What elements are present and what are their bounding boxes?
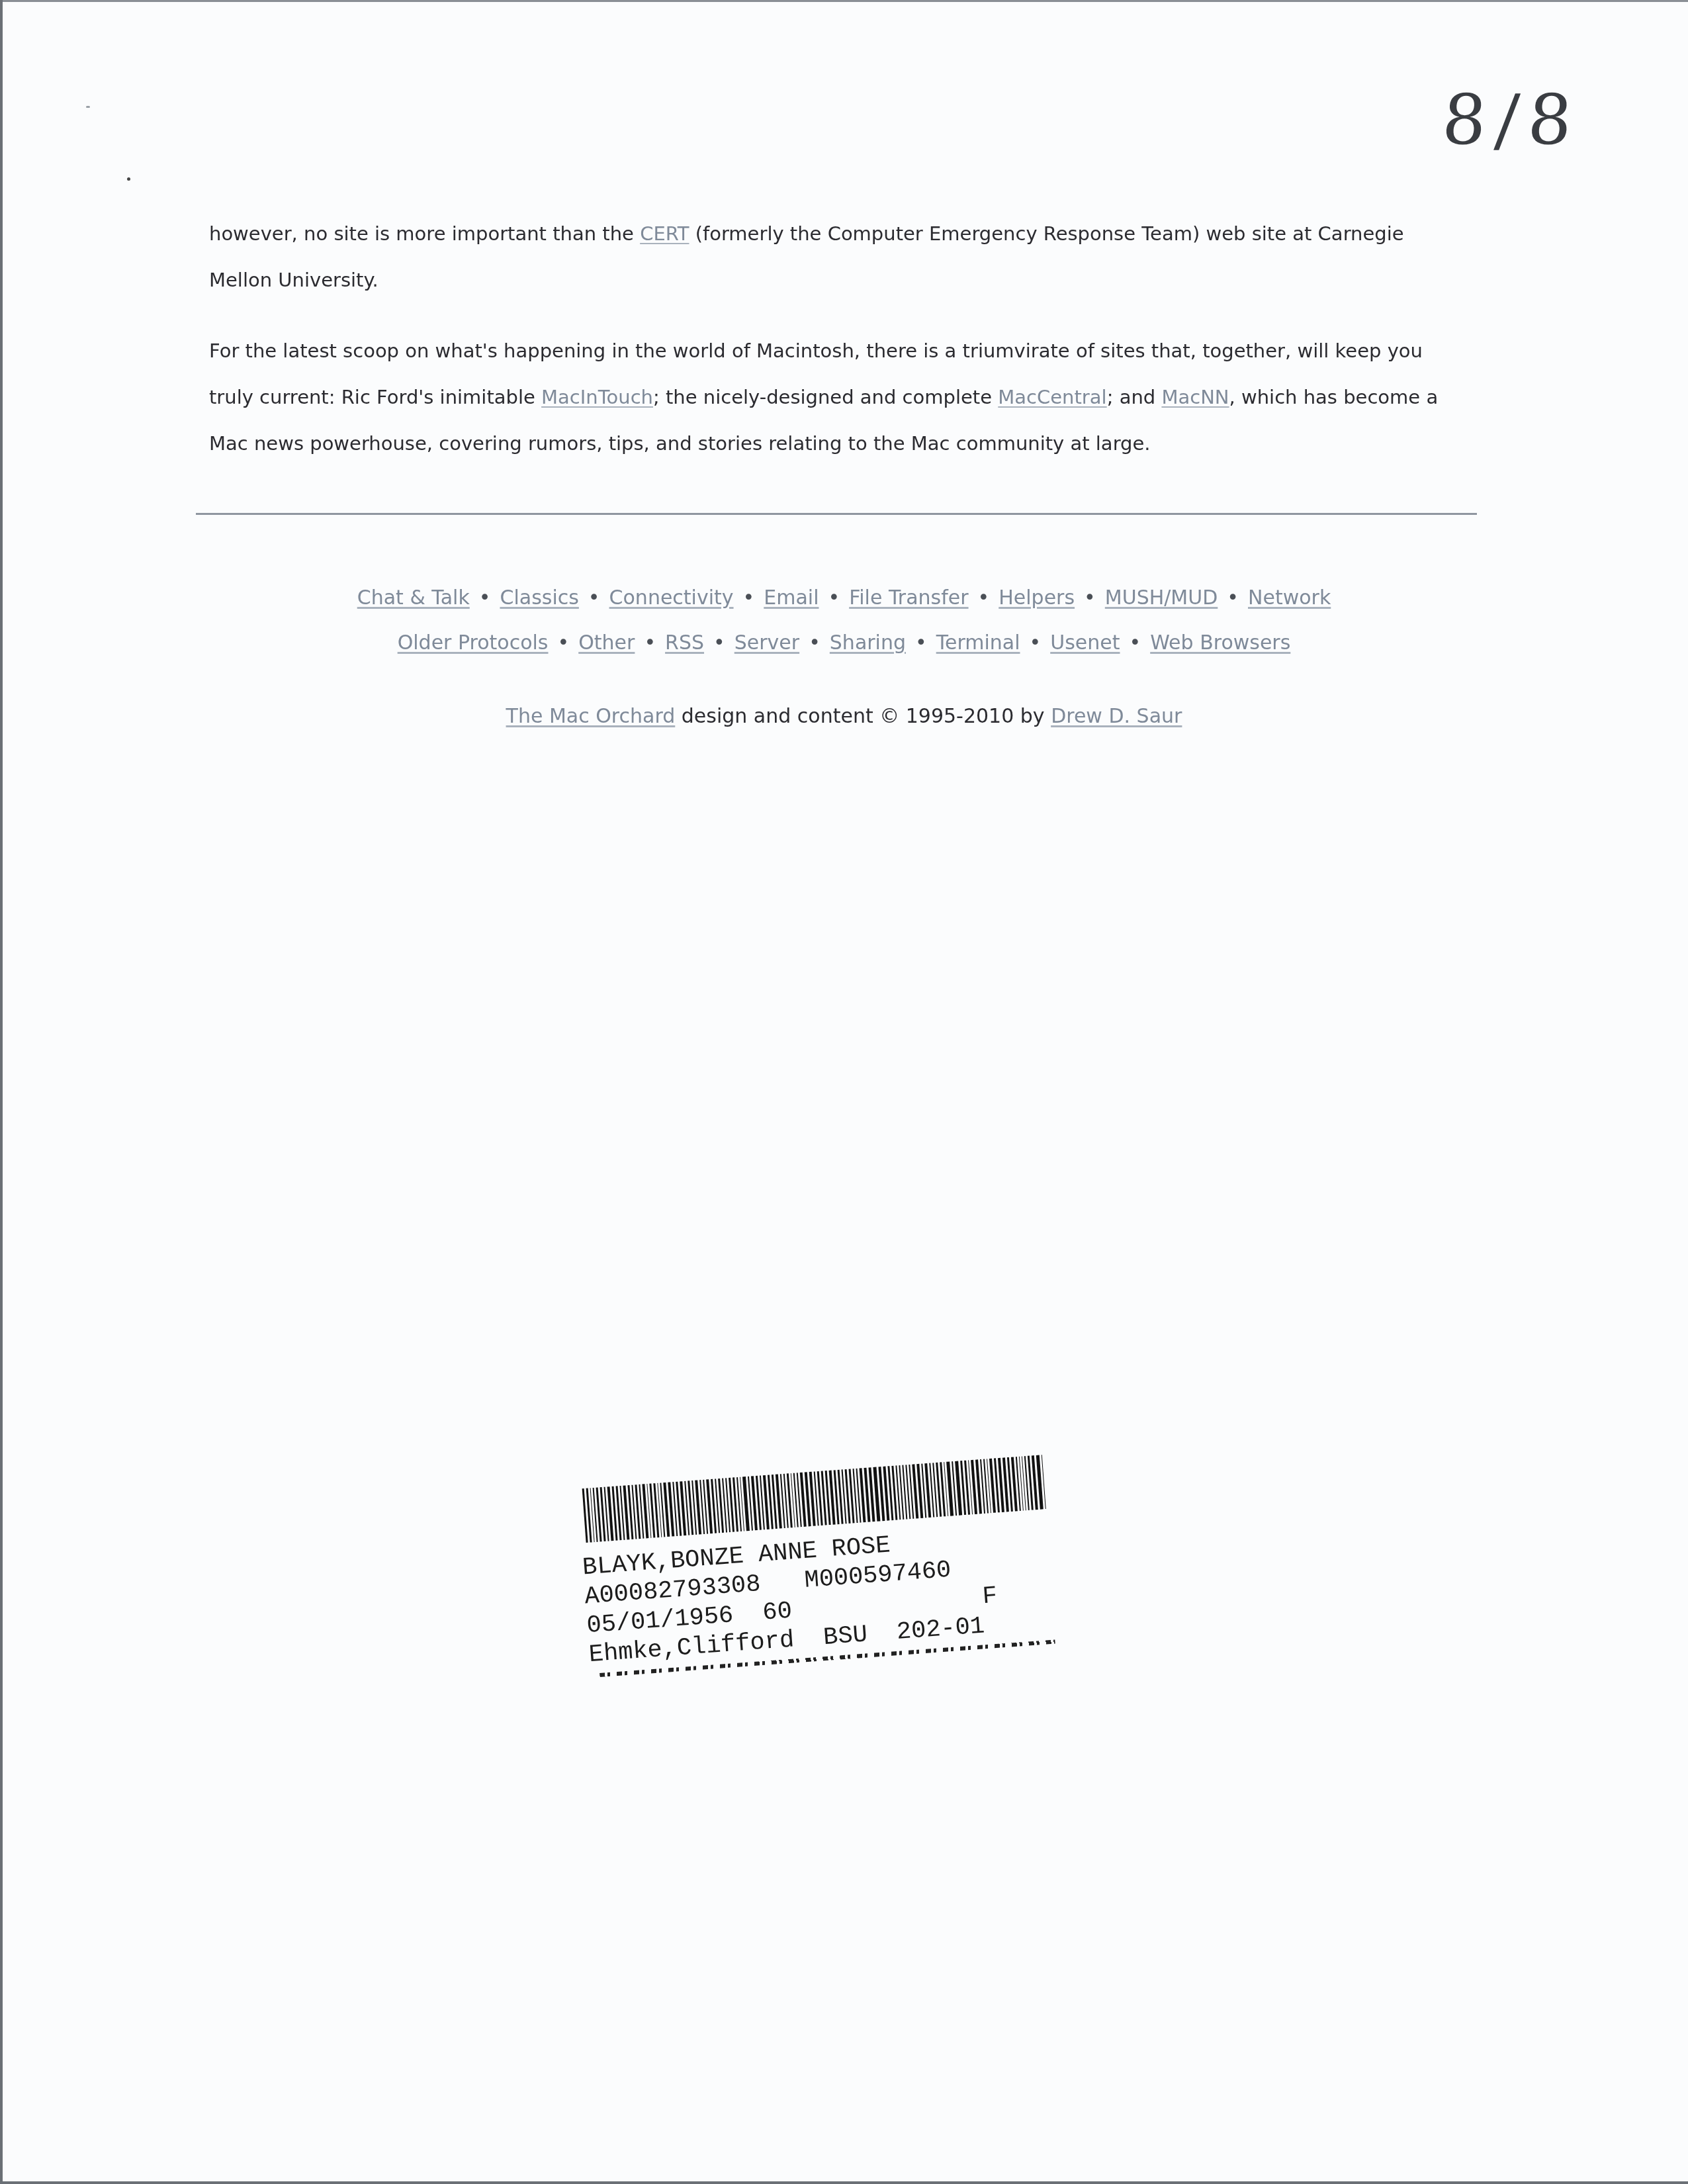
nav-separator: • [713, 631, 725, 655]
nav-link-other[interactable]: Other [578, 631, 635, 655]
nav-separator: • [588, 586, 600, 610]
nav-link-sharing[interactable]: Sharing [830, 631, 906, 655]
scan-speck [86, 106, 90, 108]
age: 60 [762, 1598, 793, 1627]
nav-separator: • [1227, 586, 1239, 610]
unit: BSU [822, 1621, 869, 1652]
footer-copyright: The Mac Orchard design and content © 199… [0, 705, 1688, 728]
nav-link-chat-talk[interactable]: Chat & Talk [357, 586, 470, 610]
horizontal-divider [196, 513, 1477, 515]
nav-link-helpers[interactable]: Helpers [999, 586, 1075, 610]
scan-edge-left [0, 0, 3, 2184]
cert-link[interactable]: CERT [640, 222, 689, 245]
nav-link-mush-mud[interactable]: MUSH/MUD [1105, 586, 1218, 610]
nav-link-terminal[interactable]: Terminal [936, 631, 1020, 655]
nav-link-web-browsers[interactable]: Web Browsers [1150, 631, 1290, 655]
mac-orchard-link[interactable]: The Mac Orchard [506, 705, 676, 728]
nav-link-network[interactable]: Network [1248, 586, 1331, 610]
nav-separator: • [479, 586, 491, 610]
nav-link-classics[interactable]: Classics [500, 586, 578, 610]
nav-link-server[interactable]: Server [734, 631, 799, 655]
scan-speck [127, 177, 130, 181]
macnn-link[interactable]: MacNN [1161, 386, 1229, 408]
author-link[interactable]: Drew D. Saur [1051, 705, 1182, 728]
nav-separator: • [743, 586, 755, 610]
handwritten-page-number: 8/8 [1440, 79, 1584, 160]
paragraph-mac-news: For the latest scoop on what's happening… [209, 328, 1466, 467]
nav-separator: • [1084, 586, 1096, 610]
room: 202-01 [896, 1612, 986, 1647]
nav-separator: • [978, 586, 990, 610]
nav-separator: • [915, 631, 927, 655]
nav-separator: • [1129, 631, 1141, 655]
nav-separator: • [558, 631, 570, 655]
nav-link-email[interactable]: Email [764, 586, 819, 610]
nav-link-file-transfer[interactable]: File Transfer [849, 586, 968, 610]
nav-link-older-protocols[interactable]: Older Protocols [398, 631, 549, 655]
macintouch-link[interactable]: MacInTouch [541, 386, 653, 408]
nav-link-rss[interactable]: RSS [665, 631, 704, 655]
sex: F [981, 1582, 998, 1612]
scan-edge-top [0, 0, 1688, 2]
paragraph-cert: however, no site is more important than … [209, 210, 1466, 303]
scan-edge-bottom [0, 2181, 1688, 2184]
nav-separator: • [644, 631, 656, 655]
nav-separator: • [809, 631, 821, 655]
maccentral-link[interactable]: MacCentral [998, 386, 1106, 408]
nav-separator: • [1030, 631, 1042, 655]
category-nav-row-2: Older Protocols•Other•RSS•Server•Sharing… [0, 621, 1688, 666]
nav-link-usenet[interactable]: Usenet [1050, 631, 1120, 655]
nav-link-connectivity[interactable]: Connectivity [609, 586, 734, 610]
nav-separator: • [828, 586, 840, 610]
category-nav-row-1: Chat & Talk•Classics•Connectivity•Email•… [0, 576, 1688, 621]
patient-barcode-label: BLAYK,BONZE ANNE ROSE A00082793308 M0005… [574, 1421, 1067, 1687]
